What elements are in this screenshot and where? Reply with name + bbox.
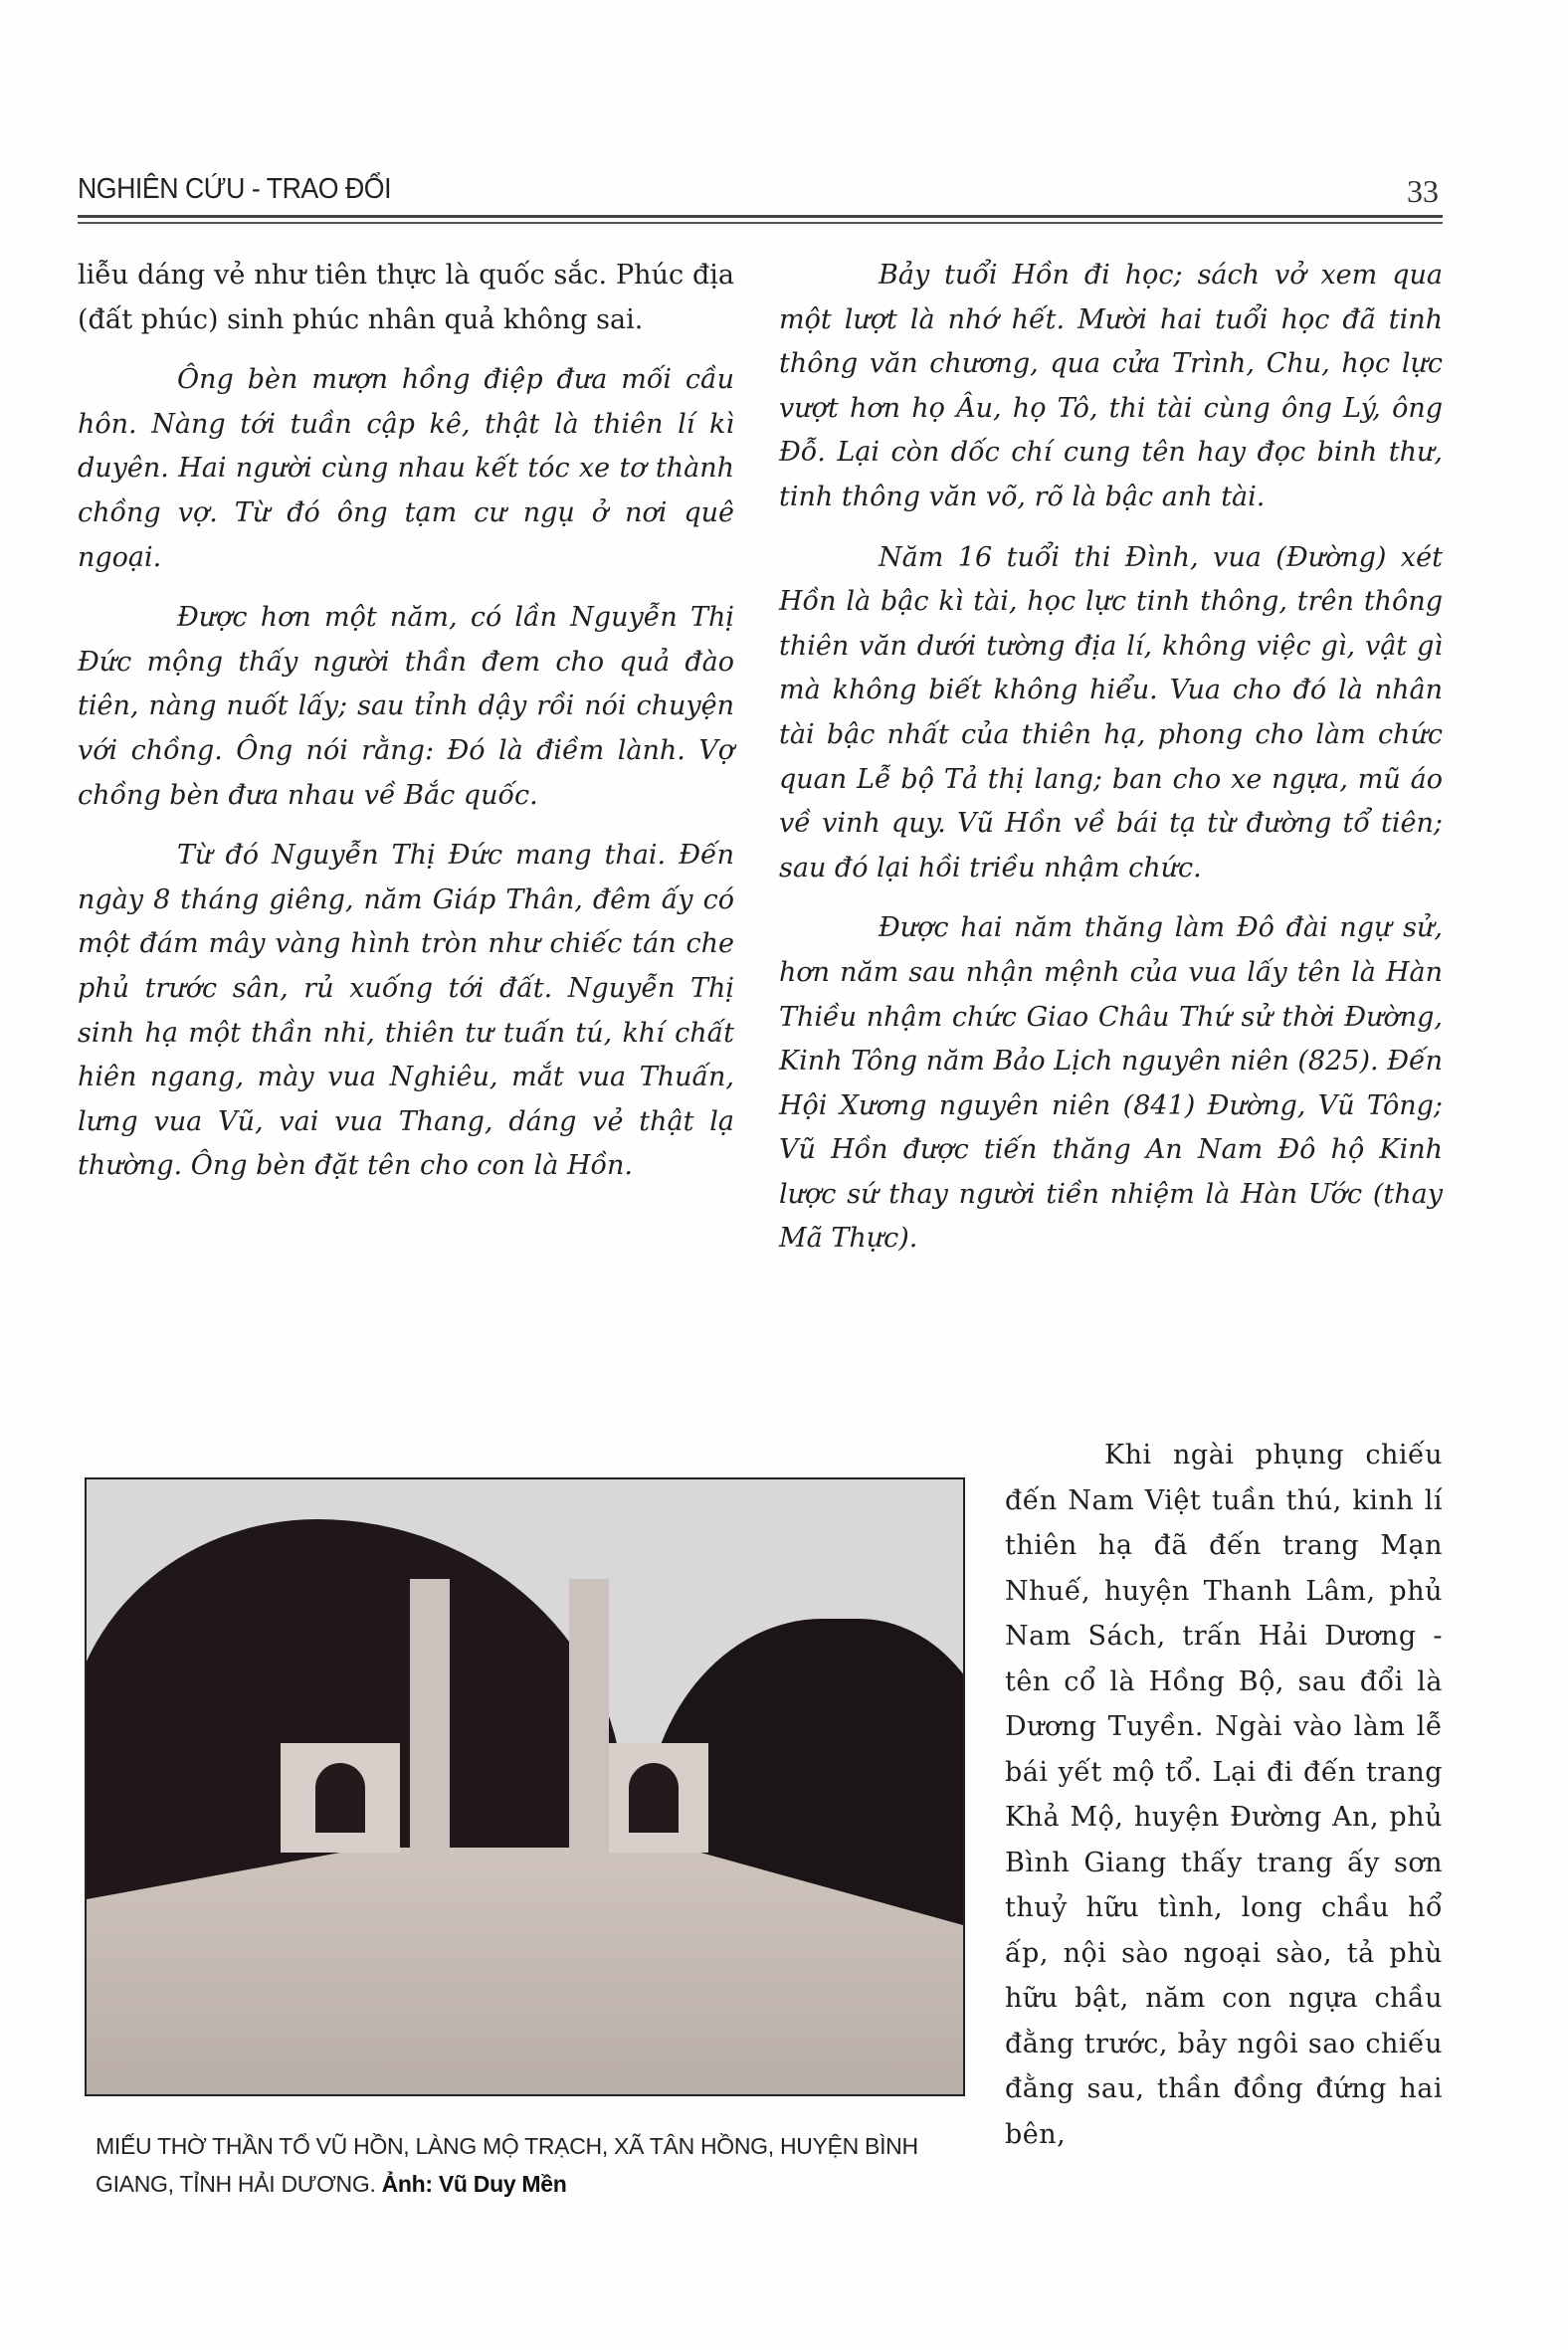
- photo-pillar-right: [569, 1579, 609, 1858]
- paragraph: Được hai năm thăng làm Đô đài ngự sử, hơ…: [779, 906, 1443, 1262]
- left-column: liễu dáng vẻ như tiên thực là quốc sắc. …: [78, 254, 734, 1205]
- page-number: 33: [1407, 173, 1439, 210]
- photo-credit: Ảnh: Vũ Duy Mền: [382, 2171, 567, 2197]
- temple-gate-photo: [85, 1477, 965, 2096]
- paragraph: Được hơn một năm, có lần Nguyễn Thị Đức …: [78, 596, 734, 818]
- running-header: NGHIÊN CỨU - TRAO ĐỔI 33: [78, 169, 1443, 209]
- section-title: NGHIÊN CỨU - TRAO ĐỔI: [78, 173, 391, 206]
- document-page: NGHIÊN CỨU - TRAO ĐỔI 33 liễu dáng vẻ nh…: [0, 0, 1568, 2350]
- paragraph: Bảy tuổi Hồn đi học; sách vở xem qua một…: [779, 254, 1443, 520]
- header-double-rule: [78, 215, 1443, 224]
- narrow-column: Khi ngài phụng chiếu đến Nam Việt tuần t…: [1005, 1433, 1443, 2173]
- photo-arch-left: [315, 1763, 365, 1833]
- paragraph: Khi ngài phụng chiếu đến Nam Việt tuần t…: [1005, 1433, 1443, 2157]
- figure-caption: MIẾU THỜ THẦN TỔ VŨ HỒN, LÀNG MỘ TRẠCH, …: [96, 2127, 951, 2203]
- right-column: Bảy tuổi Hồn đi học; sách vở xem qua một…: [779, 254, 1443, 1277]
- paragraph: liễu dáng vẻ như tiên thực là quốc sắc. …: [78, 254, 734, 342]
- photo-pillar-left: [410, 1579, 450, 1858]
- paragraph: Năm 16 tuổi thi Đình, vua (Đường) xét Hồ…: [779, 536, 1443, 891]
- photo-arch-right: [629, 1763, 679, 1833]
- paragraph: Từ đó Nguyễn Thị Đức mang thai. Đến ngày…: [78, 834, 734, 1189]
- paragraph: Ông bèn mượn hồng điệp đưa mối cầu hôn. …: [78, 358, 734, 580]
